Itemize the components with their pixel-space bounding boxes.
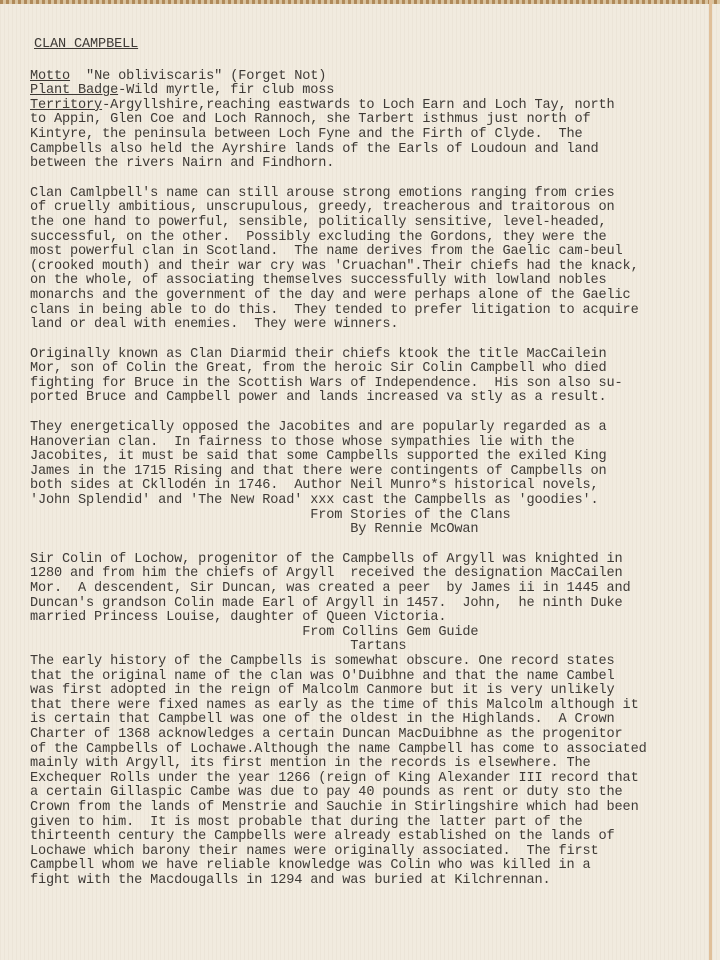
text-line: fighting for Bruce in the Scottish Wars … — [30, 377, 710, 392]
paragraph-reputation: Clan Camlpbell's name can still arouse s… — [30, 187, 710, 333]
text-line: The early history of the Campbells is so… — [30, 655, 710, 670]
page-top-edge — [0, 0, 720, 4]
text-line: a certain Gillaspic Cambe was due to pay… — [30, 786, 710, 801]
clan-facts: Motto "Ne obliviscaris" (Forget Not) Pla… — [30, 70, 710, 172]
text-line: on the whole, of associating themselves … — [30, 274, 710, 289]
text-line: was first adopted in the reign of Malcol… — [30, 684, 710, 699]
text-line: ported Bruce and Campbell power and land… — [30, 391, 710, 406]
territory-label: Territory — [30, 98, 102, 113]
text-line: James in the 1715 Rising and that there … — [30, 465, 710, 480]
text-line: thirteenth century the Campbells were al… — [30, 830, 710, 845]
text-line: 1280 and from him the chiefs of Argyll r… — [30, 567, 710, 582]
paragraph-early-history: The early history of the Campbells is so… — [30, 655, 710, 889]
plant-badge-label: Plant Badge — [30, 83, 118, 98]
territory-line: between the rivers Nairn and Findhorn. — [30, 157, 710, 172]
text-line: successful, on the other. Possibly exclu… — [30, 231, 710, 246]
paragraph-lochow: Sir Colin of Lochow, progenitor of the C… — [30, 553, 710, 655]
text-line: Hanoverian clan. In fairness to those wh… — [30, 436, 710, 451]
text-line: Jacobites, it must be said that some Cam… — [30, 450, 710, 465]
text-line: both sides at Ckllodén in 1746. Author N… — [30, 479, 710, 494]
text-line: Mor, son of Colin the Great, from the he… — [30, 362, 710, 377]
document-body: CLAN CAMPBELL Motto "Ne obliviscaris" (F… — [30, 38, 710, 888]
motto-label: Motto — [30, 69, 70, 84]
text-line: Crown from the lands of Menstrie and Sau… — [30, 801, 710, 816]
source-citation: From Collins Gem Guide — [30, 626, 710, 641]
text-line: given to him. It is most probable that d… — [30, 816, 710, 831]
text-line: most powerful clan in Scotland. The name… — [30, 245, 710, 260]
text-line: that the original name of the clan was O… — [30, 670, 710, 685]
paragraph-origins: Originally known as Clan Diarmid their c… — [30, 348, 710, 406]
text-line: that there were fixed names as early as … — [30, 699, 710, 714]
motto-line: Motto "Ne obliviscaris" (Forget Not) — [30, 70, 710, 85]
text-line: is certain that Campbell was one of the … — [30, 713, 710, 728]
plant-badge-line: Plant Badge-Wild myrtle, fir club moss — [30, 84, 710, 99]
text-line: of the Campbells of Lochawe.Although the… — [30, 743, 710, 758]
text-line: Charter of 1368 acknowledges a certain D… — [30, 728, 710, 743]
territory-line: to Appin, Glen Coe and Loch Rannoch, she… — [30, 113, 710, 128]
text-line: Sir Colin of Lochow, progenitor of the C… — [30, 553, 710, 568]
text-line: fight with the Macdougalls in 1294 and w… — [30, 874, 710, 889]
text-line: Duncan's grandson Colin made Earl of Arg… — [30, 597, 710, 612]
text-line: mainly with Argyll, its first mention in… — [30, 757, 710, 772]
text-line: the one hand to powerful, sensible, poli… — [30, 216, 710, 231]
text-line: monarchs and the government of the day a… — [30, 289, 710, 304]
text-line: Clan Camlpbell's name can still arouse s… — [30, 187, 710, 202]
text-line: land or deal with enemies. They were win… — [30, 318, 710, 333]
text-line: Mor. A descendent, Sir Duncan, was creat… — [30, 582, 710, 597]
source-subtitle: Tartans — [30, 640, 710, 655]
source-author: By Rennie McOwan — [30, 523, 710, 538]
territory-line: Campbells also held the Ayrshire lands o… — [30, 143, 710, 158]
territory-line: Kintyre, the peninsula between Loch Fyne… — [30, 128, 710, 143]
source-citation: From Stories of the Clans — [30, 509, 710, 524]
text-line: Exchequer Rolls under the year 1266 (rei… — [30, 772, 710, 787]
text-line: (crooked mouth) and their war cry was 'C… — [30, 260, 710, 275]
text-line: of cruelly ambitious, unscrupulous, gree… — [30, 201, 710, 216]
text-line: married Princess Louise, daughter of Que… — [30, 611, 710, 626]
territory-line: Territory-Argyllshire,reaching eastwards… — [30, 99, 710, 114]
text-line: 'John Splendid' and 'The New Road' xxx c… — [30, 494, 710, 509]
territory-text: -Argyllshire,reaching eastwards to Loch … — [102, 98, 615, 113]
text-line: They energetically opposed the Jacobites… — [30, 421, 710, 436]
document-title: CLAN CAMPBELL — [34, 38, 710, 53]
text-line: clans in being able to do this. They ten… — [30, 304, 710, 319]
plant-badge-text: -Wild myrtle, fir club moss — [118, 83, 334, 98]
text-line: Originally known as Clan Diarmid their c… — [30, 348, 710, 363]
paragraph-jacobites: They energetically opposed the Jacobites… — [30, 421, 710, 538]
typewritten-page: CLAN CAMPBELL Motto "Ne obliviscaris" (F… — [0, 0, 720, 960]
text-line: Campbell whom we have reliable knowledge… — [30, 859, 710, 874]
text-line: Lochawe which barony their names were or… — [30, 845, 710, 860]
motto-text: "Ne obliviscaris" (Forget Not) — [70, 69, 326, 84]
